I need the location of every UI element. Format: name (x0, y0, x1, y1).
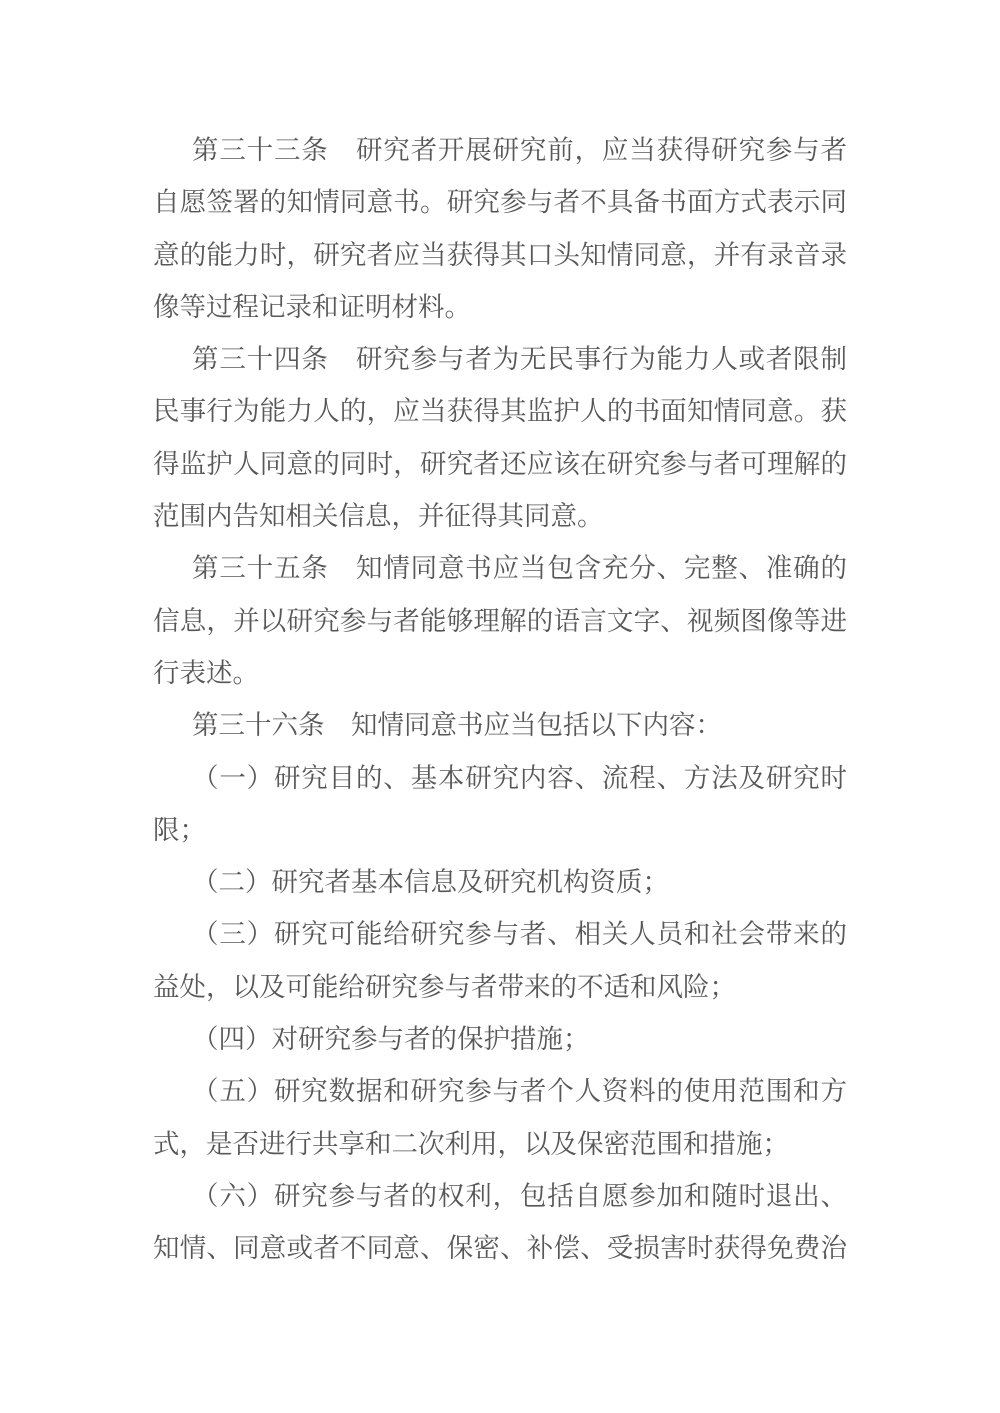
paragraph-item-2: （二）研究者基本信息及研究机构资质； (153, 856, 847, 908)
text-line: 第三十四条 研究参与者为无民事行为能力人或者限制 (153, 333, 847, 385)
text-line: （三）研究可能给研究参与者、相关人员和社会带来的 (153, 908, 847, 960)
text-line: 信息，并以研究参与者能够理解的语言文字、视频图像等进 (153, 595, 847, 647)
text-line: （六）研究参与者的权利，包括自愿参加和随时退出、 (153, 1170, 847, 1222)
text-line: 第三十三条 研究者开展研究前，应当获得研究参与者 (153, 124, 847, 176)
paragraph-item-4: （四）对研究参与者的保护措施； (153, 1013, 847, 1065)
paragraph-article-33: 第三十三条 研究者开展研究前，应当获得研究参与者 自愿签署的知情同意书。研究参与… (153, 124, 847, 333)
text-line: 限； (153, 804, 847, 856)
text-line: 范围内告知相关信息，并征得其同意。 (153, 490, 847, 542)
paragraph-article-34: 第三十四条 研究参与者为无民事行为能力人或者限制 民事行为能力人的，应当获得其监… (153, 333, 847, 542)
document-body: 第三十三条 研究者开展研究前，应当获得研究参与者 自愿签署的知情同意书。研究参与… (153, 124, 847, 1275)
paragraph-item-1: （一）研究目的、基本研究内容、流程、方法及研究时 限； (153, 752, 847, 857)
text-line: 意的能力时，研究者应当获得其口头知情同意，并有录音录 (153, 229, 847, 281)
text-line: 民事行为能力人的，应当获得其监护人的书面知情同意。获 (153, 385, 847, 437)
text-line: 行表述。 (153, 647, 847, 699)
text-line: （四）对研究参与者的保护措施； (153, 1013, 847, 1065)
text-line: 知情、同意或者不同意、保密、补偿、受损害时获得免费治 (153, 1222, 847, 1274)
text-line: 自愿签署的知情同意书。研究参与者不具备书面方式表示同 (153, 176, 847, 228)
text-line: （五）研究数据和研究参与者个人资料的使用范围和方 (153, 1065, 847, 1117)
text-line: 第三十五条 知情同意书应当包含充分、完整、准确的 (153, 542, 847, 594)
paragraph-article-36-intro: 第三十六条 知情同意书应当包括以下内容： (153, 699, 847, 751)
text-line: 得监护人同意的同时，研究者还应该在研究参与者可理解的 (153, 438, 847, 490)
text-line: 式，是否进行共享和二次利用，以及保密范围和措施； (153, 1118, 847, 1170)
paragraph-item-3: （三）研究可能给研究参与者、相关人员和社会带来的 益处，以及可能给研究参与者带来… (153, 908, 847, 1013)
text-line: （一）研究目的、基本研究内容、流程、方法及研究时 (153, 752, 847, 804)
text-line: 像等过程记录和证明材料。 (153, 281, 847, 333)
text-line: 第三十六条 知情同意书应当包括以下内容： (153, 699, 847, 751)
paragraph-item-6: （六）研究参与者的权利，包括自愿参加和随时退出、 知情、同意或者不同意、保密、补… (153, 1170, 847, 1275)
paragraph-article-35: 第三十五条 知情同意书应当包含充分、完整、准确的 信息，并以研究参与者能够理解的… (153, 542, 847, 699)
text-line: 益处，以及可能给研究参与者带来的不适和风险； (153, 961, 847, 1013)
paragraph-item-5: （五）研究数据和研究参与者个人资料的使用范围和方 式，是否进行共享和二次利用，以… (153, 1065, 847, 1170)
text-line: （二）研究者基本信息及研究机构资质； (153, 856, 847, 908)
document-page: 第三十三条 研究者开展研究前，应当获得研究参与者 自愿签署的知情同意书。研究参与… (0, 0, 1000, 1413)
